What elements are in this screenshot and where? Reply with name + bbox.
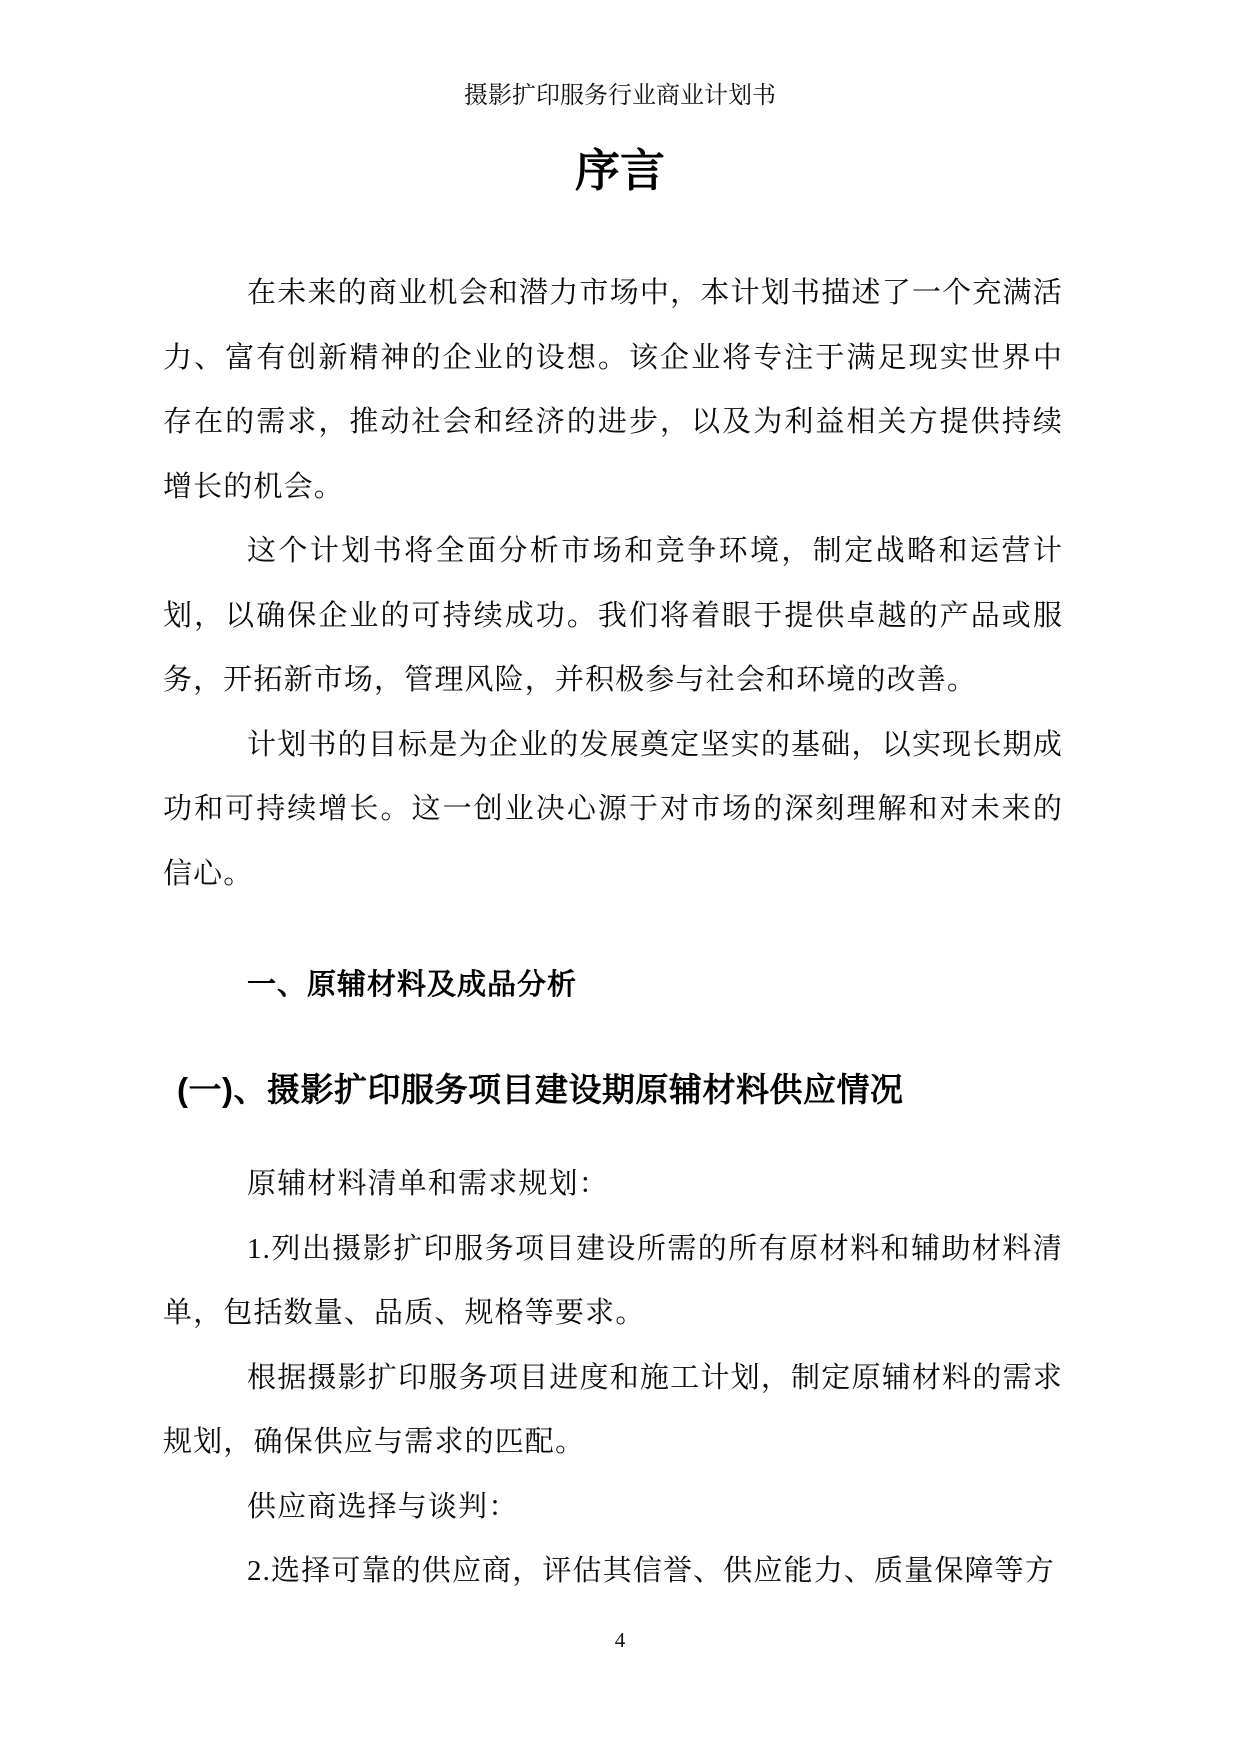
body-paragraph: 原辅材料清单和需求规划： [163, 1152, 1063, 1217]
document-page: 摄影扩印服务行业商业计划书 序言 在未来的商业机会和潜力市场中，本计划书描述了一… [0, 0, 1240, 1753]
page-title: 序言 [0, 138, 1240, 204]
body-paragraph: 供应商选择与谈判： [163, 1475, 1063, 1540]
body-paragraph: 根据摄影扩印服务项目进度和施工计划，制定原辅材料的需求规划，确保供应与需求的匹配… [163, 1346, 1063, 1475]
section-heading: 一、原辅材料及成品分析 [163, 953, 1063, 1018]
subsection-heading: (一)、摄影扩印服务项目建设期原辅材料供应情况 [163, 1058, 1063, 1123]
intro-paragraph: 计划书的目标是为企业的发展奠定坚实的基础，以实现长期成功和可持续增长。这一创业决… [163, 713, 1063, 907]
page-number: 4 [0, 1626, 1240, 1654]
body-paragraph: 2.选择可靠的供应商，评估其信誉、供应能力、质量保障等方 [163, 1539, 1063, 1604]
intro-paragraph: 这个计划书将全面分析市场和竞争环境，制定战略和运营计划，以确保企业的可持续成功。… [163, 519, 1063, 713]
intro-paragraph: 在未来的商业机会和潜力市场中，本计划书描述了一个充满活力、富有创新精神的企业的设… [163, 261, 1063, 519]
document-body: 在未来的商业机会和潜力市场中，本计划书描述了一个充满活力、富有创新精神的企业的设… [163, 261, 1063, 1604]
document-header: 摄影扩印服务行业商业计划书 [0, 80, 1240, 112]
body-paragraph: 1.列出摄影扩印服务项目建设所需的所有原材料和辅助材料清单，包括数量、品质、规格… [163, 1217, 1063, 1346]
